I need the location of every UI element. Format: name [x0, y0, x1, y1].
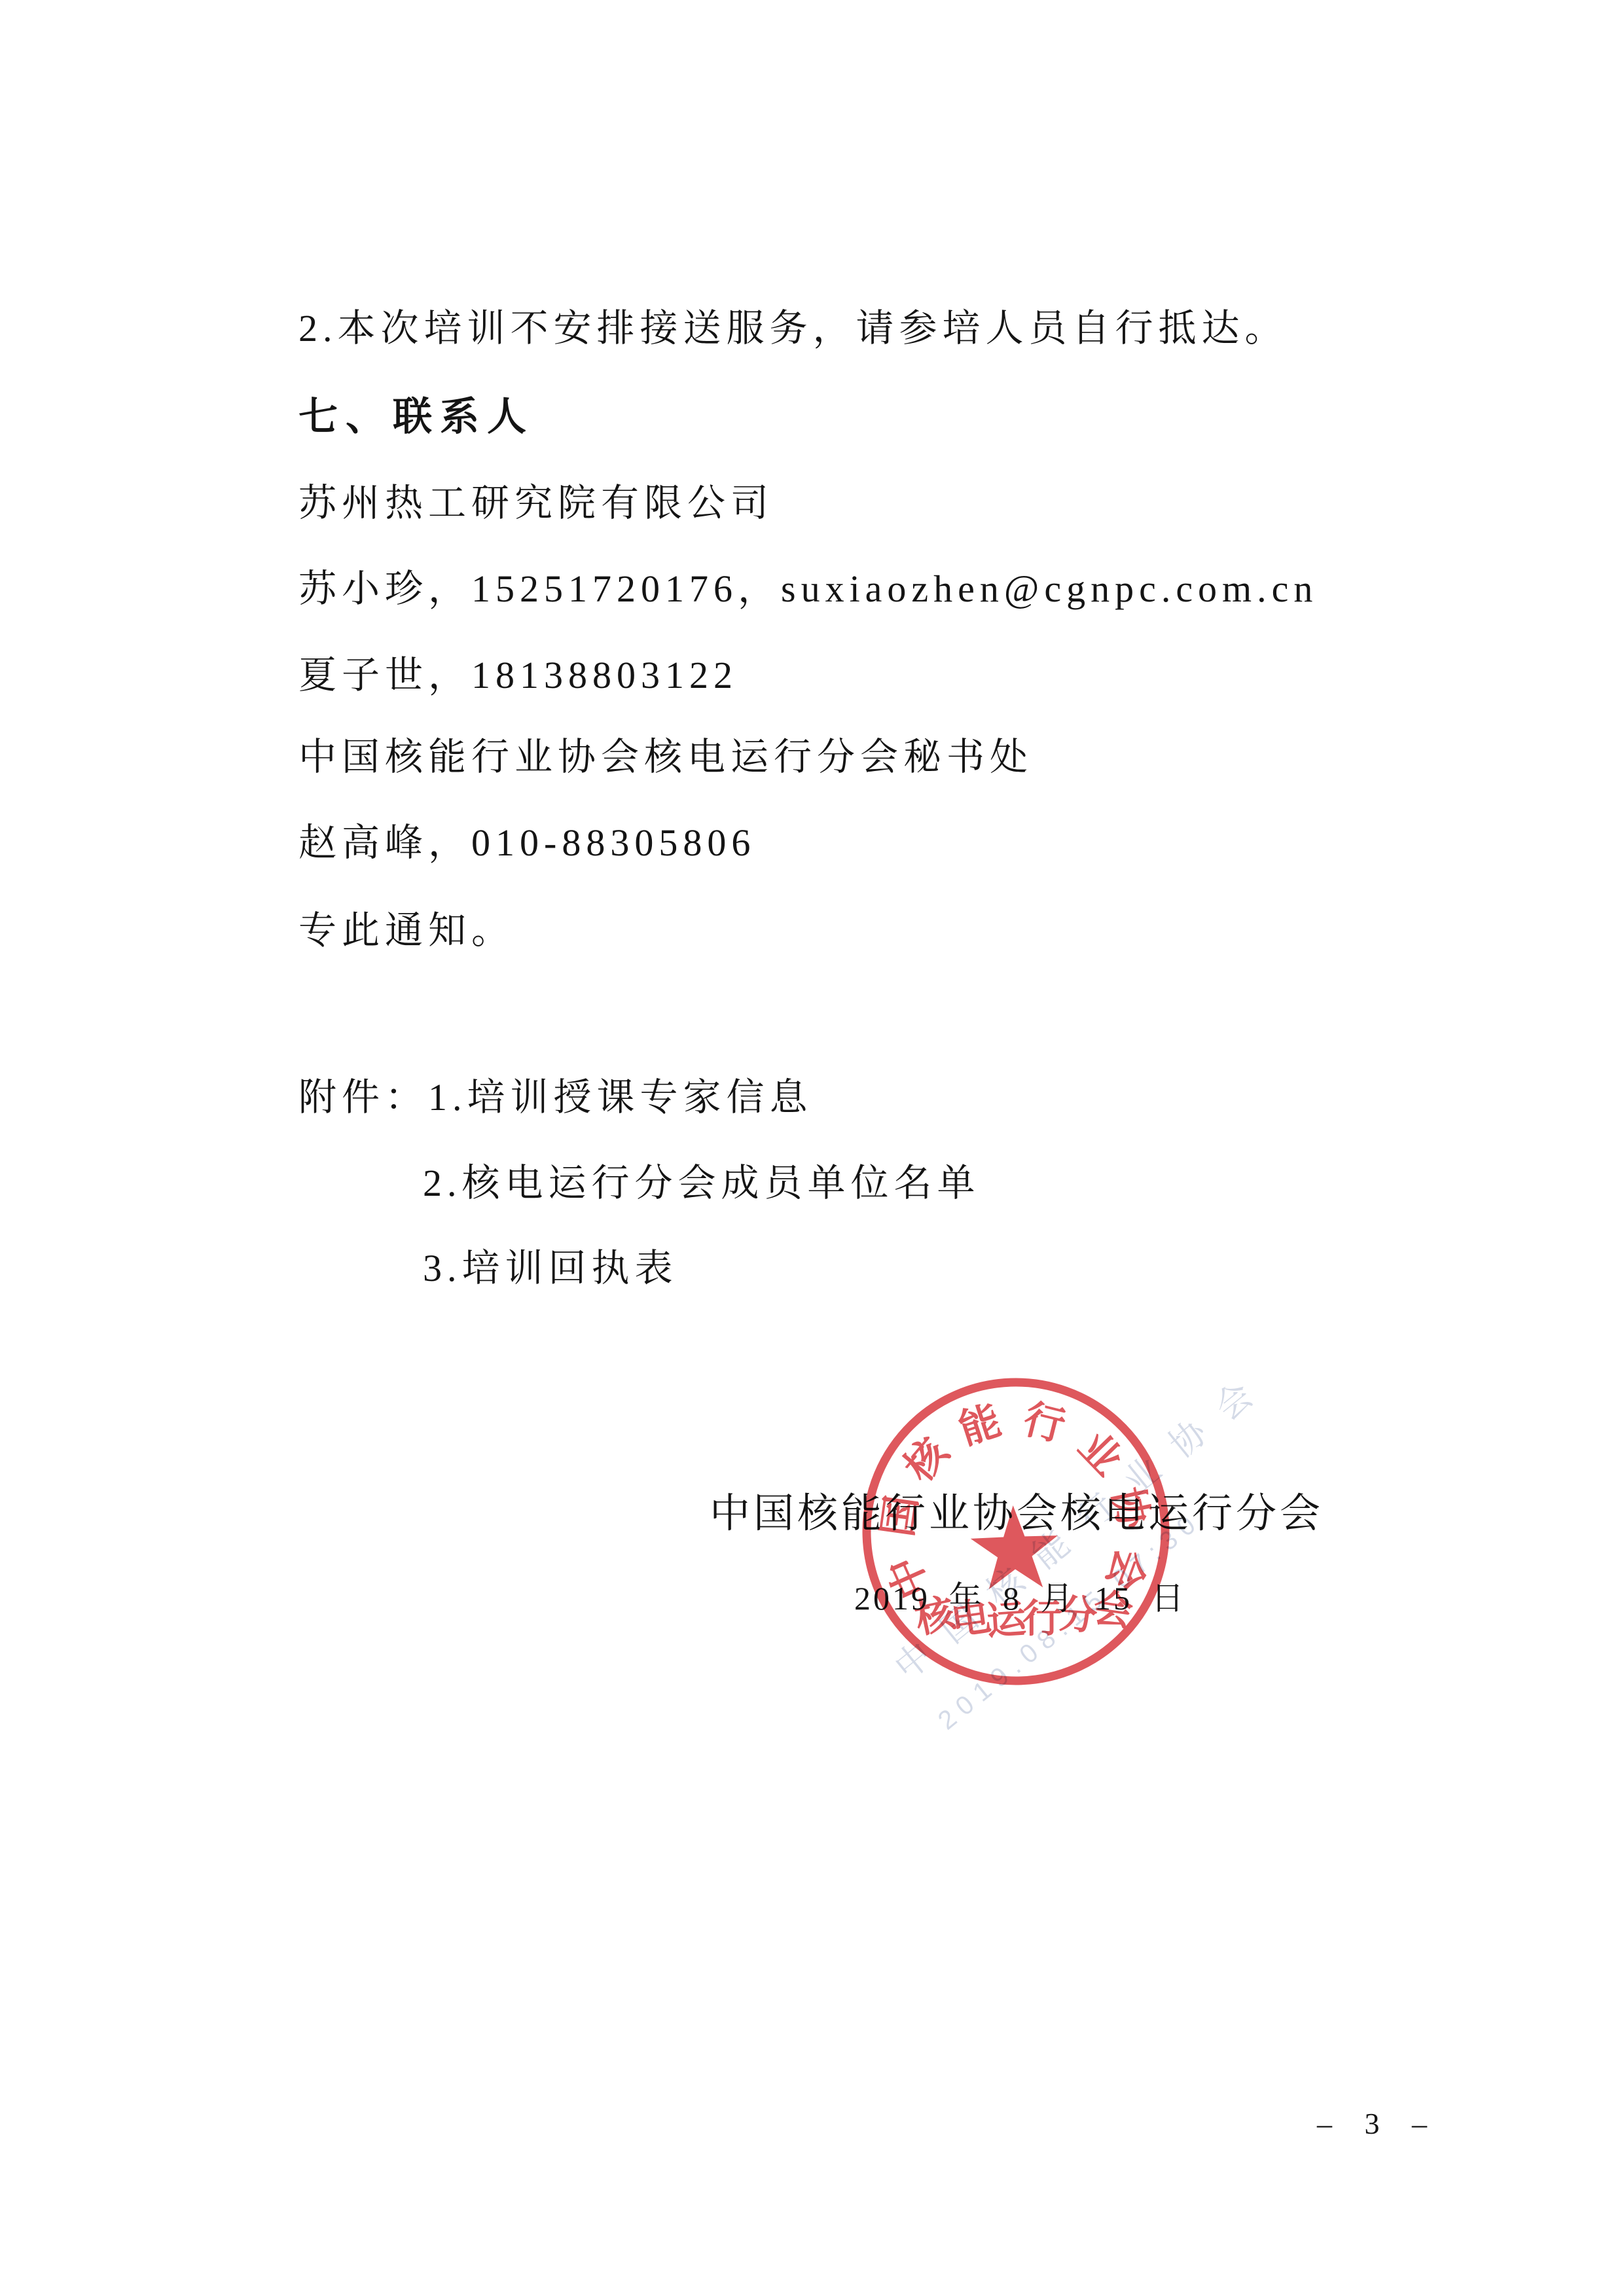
attachments-line-1: 附件：1.培训授课专家信息 — [298, 1074, 813, 1121]
attachment-item-1: 1.培训授课专家信息 — [428, 1076, 813, 1119]
seal-bottom-char: 行 — [1022, 1597, 1062, 1641]
document-page: 2.本次培训不安排接送服务，请参培人员自行抵达。 七、联系人 苏州热工研究院有限… — [0, 0, 1624, 2296]
seal-star-icon — [969, 1504, 1060, 1590]
attachment-item-2: 2.核电运行分会成员单位名单 — [423, 1160, 981, 1207]
contact-line-3: 赵高峰，010-88305806 — [298, 819, 755, 867]
contact-line-2: 夏子世，18138803122 — [298, 652, 738, 699]
contacts-heading: 七、联系人 — [298, 393, 534, 440]
seal-arc-char: 国 — [875, 1493, 926, 1539]
closing-line: 专此通知。 — [298, 907, 514, 954]
seal-arc-char: 核 — [896, 1429, 958, 1490]
seal-arc-char: 行 — [1019, 1397, 1070, 1450]
transport-note-line: 2.本次培训不安排接送服务，请参培人员自行抵达。 — [298, 305, 1288, 352]
attachment-item-3: 3.培训回执表 — [423, 1245, 678, 1292]
seal-bottom-char: 会 — [1091, 1585, 1136, 1634]
contact-line-1: 苏小珍，15251720176，suxiaozhen@cgnpc.com.cn — [298, 565, 1318, 613]
contact-org-1-line: 苏州热工研究院有限公司 — [298, 480, 774, 527]
attachments-label: 附件： — [298, 1076, 428, 1119]
seal: 中 国 核 能 行 业 协 会 核 电 运 行 分 会 — [846, 1362, 1185, 1700]
seal-arc-char: 业 — [1070, 1424, 1130, 1484]
contact-org-2-line: 中国核能行业协会核电运行分会秘书处 — [298, 734, 1033, 781]
page-number: – 3 – — [1317, 2106, 1436, 2141]
seal-arc-char: 协 — [1104, 1484, 1157, 1534]
seal-arc-char: 能 — [954, 1398, 1006, 1454]
seal-graphic: 中 国 核 能 行 业 协 会 核 电 运 行 分 会 — [846, 1362, 1185, 1700]
seal-bottom-text: 核 电 运 行 分 会 — [911, 1584, 1138, 1646]
